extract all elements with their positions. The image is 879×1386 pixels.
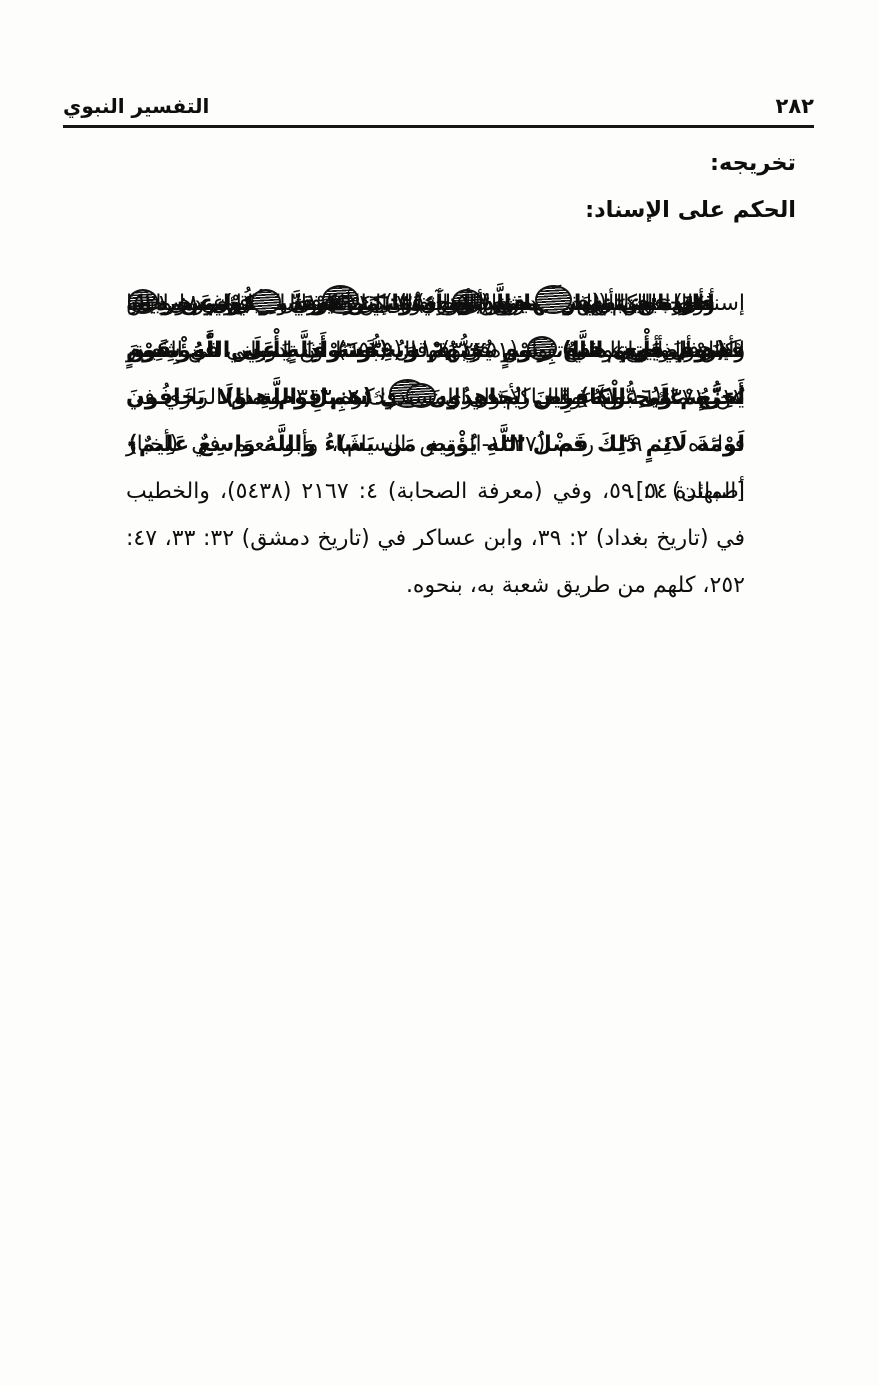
text-run: روى عن: النبي [574,291,715,316]
bold-text-run: الحكم على الإسناد: [585,197,796,223]
text-run: ، وغيرهما. [156,291,249,316]
text-run: ، وعن أبي موسى الأشعري [283,291,533,316]
takhrij-heading: تخريجه: [63,140,812,187]
page-header: التفسير النبوي ٢٨٢ [63,94,814,128]
narration-note: روى عن: النبي ، وعن أبي موسى الأشعري ، و… [126,280,745,327]
page-number: ٢٨٢ [776,94,814,118]
book-page: التفسير النبوي ٢٨٢ قال تعالى: ﴿يَا أَيُّ… [0,0,879,1386]
honorific-saw-seal-icon [535,285,572,314]
book-title: التفسير النبوي [63,94,209,118]
hukm-heading: الحكم على الإسناد: [63,187,812,234]
page-body: قال تعالى: ﴿يَا أَيُّهَا الَّذِينَ آمَنُ… [63,140,812,234]
bold-text-run: تخريجه: [710,150,796,176]
honorific-radi-seal-icon [251,289,281,314]
